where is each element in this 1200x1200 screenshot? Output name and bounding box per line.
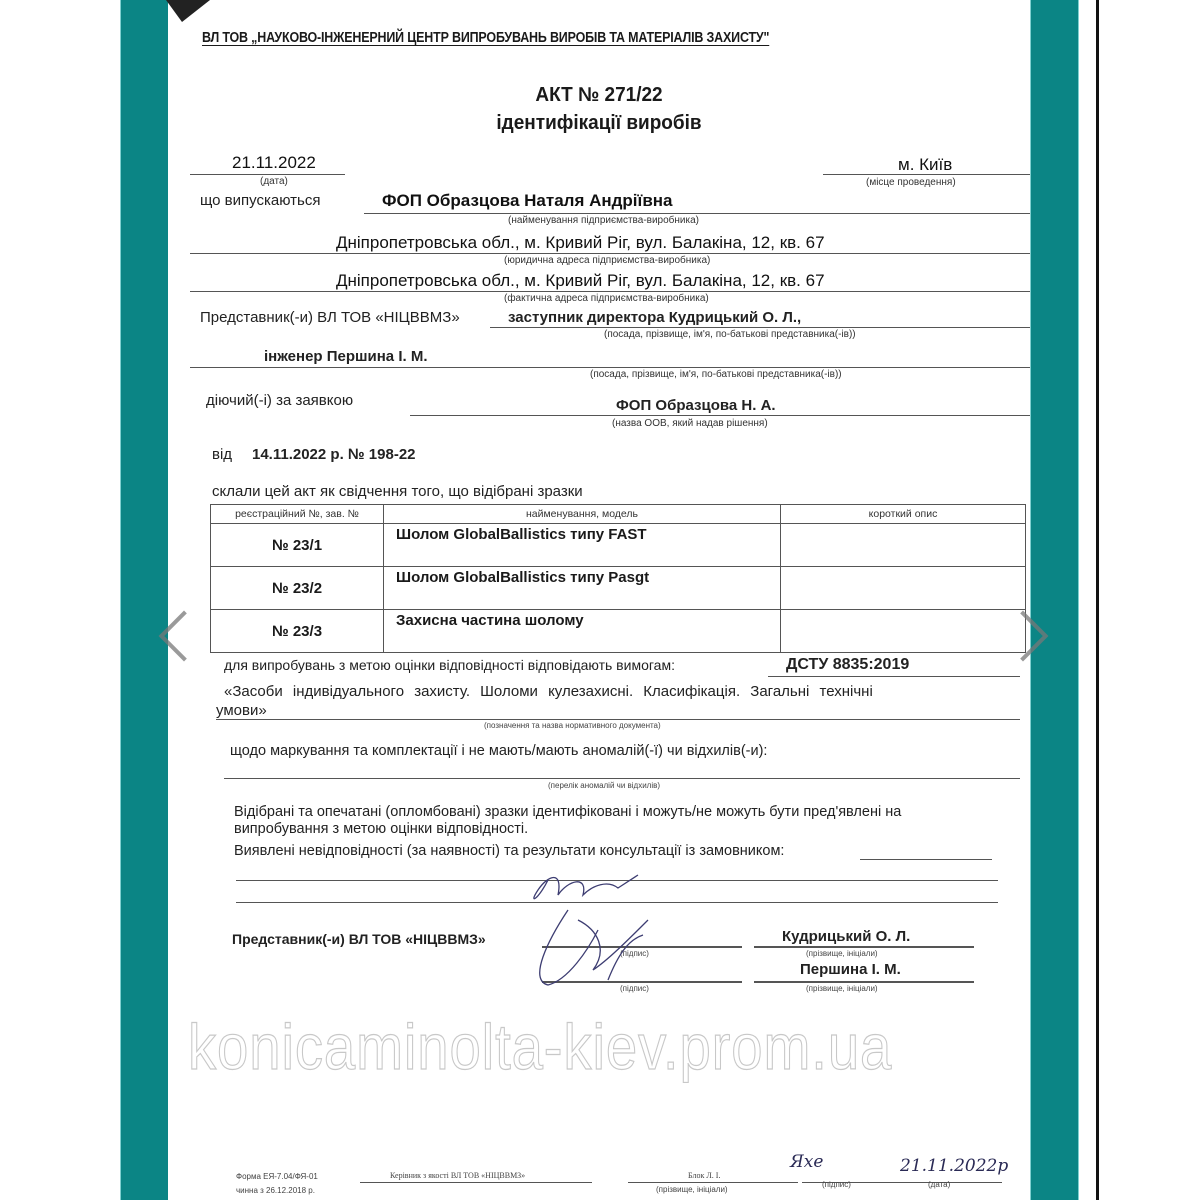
intro-text: склали цей акт як свідчення того, що від… — [212, 483, 583, 500]
representative-second-label: (посада, прізвище, ім'я, по-батькові пре… — [590, 369, 842, 380]
corner-mark — [166, 0, 210, 22]
request-from-prefix: від — [212, 446, 232, 463]
standard-code: ДСТУ 8835:2019 — [786, 656, 909, 674]
request-prefix: діючий(-і) за заявкою — [206, 392, 353, 409]
date-label: (дата) — [260, 176, 288, 187]
request-value: ФОП Образцова Н. А. — [616, 397, 776, 414]
table-row: № 23/3 Захисна частина шолому — [211, 610, 1026, 653]
header-registration-number: реєстраційний №, зав. № — [211, 505, 384, 524]
representatives-prefix: Представник(-и) ВЛ ТОВ «НІЦВВМЗ» — [200, 309, 460, 326]
manufacturer-prefix: що випускаються — [200, 192, 320, 209]
signatures-prefix: Представник(-и) ВЛ ТОВ «НІЦВВМЗ» — [232, 931, 486, 947]
teal-frame-left — [120, 0, 169, 1200]
header-name-model: найменування, модель — [384, 505, 781, 524]
conclusion-line2: випробування з метою оцінки відповідност… — [234, 821, 528, 837]
standard-title-line2: умови» — [216, 702, 267, 719]
signer-1: Кудрицький О. Л. — [782, 928, 910, 945]
table-row: № 23/1 Шолом GlobalBallistics типу FAST — [211, 524, 1026, 567]
request-from-value: 14.11.2022 р. № 198-22 — [252, 446, 416, 463]
signer-2-label: (прізвище, ініціали) — [806, 984, 878, 993]
handwritten-signature — [508, 860, 748, 1000]
quality-head-title: Керівник з якості ВЛ ТОВ «НІЦВВМЗ» — [390, 1171, 525, 1180]
table-header-row: реєстраційний №, зав. № найменування, мо… — [211, 505, 1026, 524]
samples-table: реєстраційний №, зав. № найменування, мо… — [210, 504, 1026, 653]
quality-head-name: Блок Л. І. — [688, 1171, 720, 1180]
manufacturer-name: ФОП Образцова Наталя Андріївна — [382, 191, 673, 211]
legal-address: Дніпропетровська обл., м. Кривий Ріг, ву… — [336, 233, 825, 253]
request-label: (назва ООВ, який надав рішення) — [612, 418, 768, 429]
act-number: АКТ № 271/22 — [190, 84, 1009, 107]
standard-prefix: для випробувань з метою оцінки відповідн… — [224, 657, 675, 673]
footer-sign-label: (підпис) — [822, 1180, 851, 1189]
footer-date: 21.11.2022р — [900, 1156, 1008, 1176]
anomalies-label: (перелік аномалій чи відхилів) — [548, 781, 660, 790]
sample-number: № 23/2 — [211, 567, 384, 610]
teal-frame-right — [1030, 0, 1079, 1200]
anomalies-text: щодо маркування та комплектації і не маю… — [230, 743, 767, 759]
sample-description — [781, 567, 1026, 610]
signer-2: Першина І. М. — [800, 961, 901, 978]
form-number: Форма ЕЯ-7.04/ФЯ-01 — [236, 1172, 318, 1181]
conclusion-line3: Виявлені невідповідності (за наявності) … — [234, 843, 784, 859]
representative-first: заступник директора Кудрицький О. Л., — [508, 309, 801, 326]
legal-address-label: (юридична адреса підприємства-виробника) — [504, 255, 710, 266]
act-place: м. Київ — [898, 155, 952, 175]
quality-head-name-label: (прізвище, ініціали) — [656, 1185, 728, 1194]
document-page: ВЛ ТОВ „НАУКОВО-ІНЖЕНЕРНИЙ ЦЕНТР ВИПРОБУ… — [168, 0, 1030, 1200]
border-line — [1096, 0, 1099, 1200]
sample-name: Шолом GlobalBallistics типу FAST — [384, 524, 781, 567]
sample-name: Шолом GlobalBallistics типу Pasgt — [384, 567, 781, 610]
sample-description — [781, 524, 1026, 567]
actual-address-label: (фактична адреса підприємства-виробника) — [504, 293, 709, 304]
table-row: № 23/2 Шолом GlobalBallistics типу Pasgt — [211, 567, 1026, 610]
sample-number: № 23/3 — [211, 610, 384, 653]
conclusion-line1: Відібрані та опечатані (опломбовані) зра… — [234, 804, 901, 820]
place-label: (місце проведення) — [866, 177, 956, 188]
sample-number: № 23/1 — [211, 524, 384, 567]
footer-signature: Яхе — [790, 1152, 823, 1172]
standard-title-line1: «Засоби індивідуального захисту. Шоломи … — [224, 683, 873, 700]
form-valid-from: чинна з 26.12.2018 р. — [236, 1186, 315, 1195]
manufacturer-name-label: (найменування підприємства-виробника) — [508, 215, 699, 226]
header-short-description: короткий опис — [781, 505, 1026, 524]
actual-address: Дніпропетровська обл., м. Кривий Ріг, ву… — [336, 271, 825, 291]
standard-label: (позначення та назва нормативного докуме… — [484, 721, 661, 730]
sample-description — [781, 610, 1026, 653]
act-subtitle: ідентифікації виробів — [190, 112, 1009, 135]
representative-first-label: (посада, прізвище, ім'я, по-батькові пре… — [604, 329, 856, 340]
watermark-text: konicaminolta-kiev.prom.ua — [188, 1010, 892, 1084]
act-date: 21.11.2022 — [232, 153, 316, 173]
organization-header: ВЛ ТОВ „НАУКОВО-ІНЖЕНЕРНИЙ ЦЕНТР ВИПРОБУ… — [202, 30, 769, 46]
footer-date-label: (дата) — [928, 1180, 950, 1189]
representative-second: інженер Першина І. М. — [264, 348, 427, 365]
sample-name: Захисна частина шолому — [384, 610, 781, 653]
signer-1-label: (прізвище, ініціали) — [806, 949, 878, 958]
